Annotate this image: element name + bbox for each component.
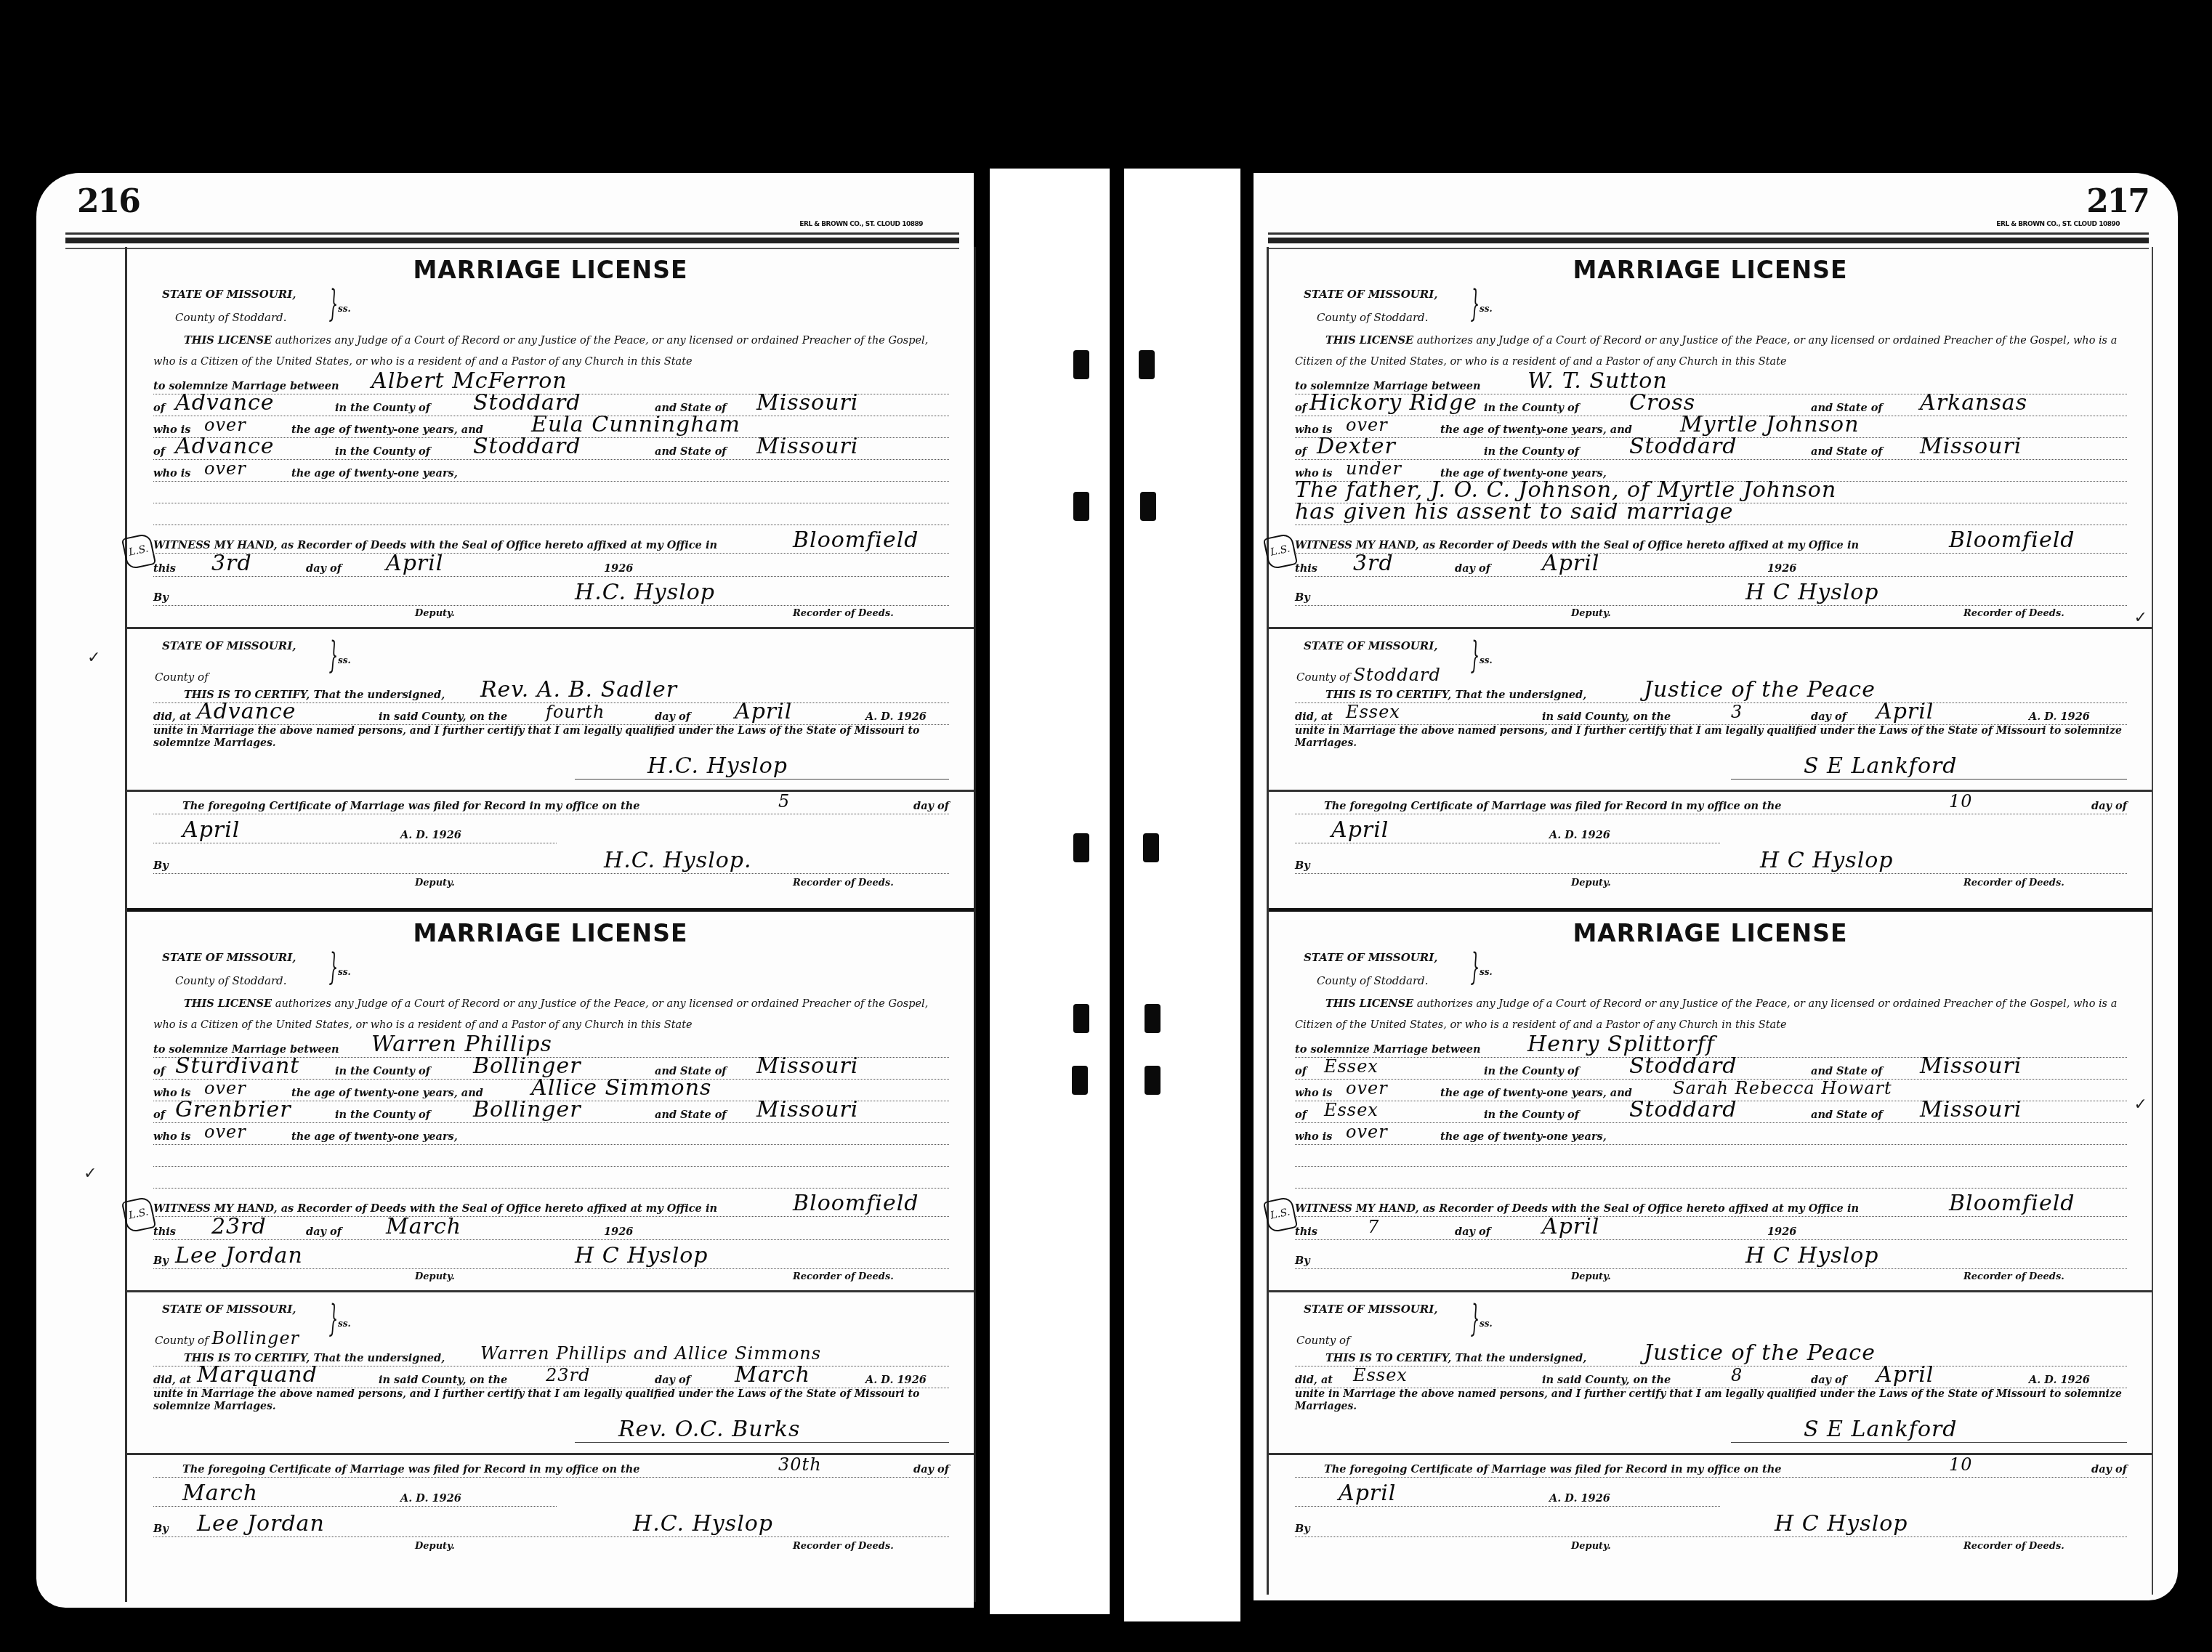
bride-age-line: who isoverthe age of twenty-one years, [1295, 1123, 2127, 1145]
ceremony-month: April [1876, 1363, 1934, 1388]
bride-county: Stoddard [473, 434, 581, 459]
margin-check-mark: ✓ [84, 1165, 97, 1183]
marriage-license: MARRIAGE LICENSE STATE OF MISSOURI, Coun… [127, 910, 974, 1564]
authorization-text: authorizes any Judge of a Court of Recor… [1295, 998, 2117, 1031]
seal-mark: L.S. [121, 1196, 156, 1233]
county-label: County of Stoddard. [1317, 311, 1428, 324]
filing-text: The foregoing Certificate of Marriage wa… [182, 1463, 639, 1475]
filing-signature-line: ByLee JordanH.C. Hyslop [153, 1515, 949, 1537]
witness-line: WITNESS MY HAND, as Recorder of Deeds wi… [1295, 531, 2127, 554]
this-label: this [153, 1226, 176, 1238]
witness-signature-line: ByH C Hyslop [1295, 583, 2127, 606]
bride-state: Missouri [1920, 434, 2022, 459]
license-title: MARRIAGE LICENSE [127, 919, 974, 948]
of-label: of [153, 402, 165, 414]
certificate-signature-line: H.C. Hyslop [575, 750, 949, 780]
by-label: By [153, 859, 169, 872]
ad-label: A. D. 1926 [1549, 1492, 1610, 1505]
bride-state: Missouri [756, 434, 858, 459]
groom-state: Missouri [1920, 1054, 2022, 1079]
ss-label: ss. [1480, 967, 1493, 977]
witness-line: WITNESS MY HAND, as Recorder of Deeds wi… [153, 1194, 949, 1217]
day-of-label: day of [1455, 562, 1490, 575]
witness-day: 7 [1368, 1215, 1379, 1239]
ad-text: A. D. [865, 1374, 893, 1386]
binding-strip-right [1124, 169, 1240, 1621]
ceremony-year: 1926 [897, 710, 927, 723]
form-frame: MARRIAGE LICENSE STATE OF MISSOURI, Coun… [1267, 247, 2153, 1595]
county-label: in the County of [1484, 1109, 1579, 1121]
recorder-label: Recorder of Deeds. [1963, 608, 2064, 619]
page-number: 217 [2086, 183, 2149, 220]
license-title: MARRIAGE LICENSE [127, 256, 974, 285]
witness-block: L.S. WITNESS MY HAND, as Recorder of Dee… [1295, 531, 2127, 618]
age-label: the age of twenty-one years, [1440, 1130, 1607, 1143]
authorization-paragraph: THIS LICENSE authorizes any Judge of a C… [1295, 993, 2127, 1036]
certificate-block: STATE OF MISSOURI, County of Bollinger }… [153, 1300, 949, 1443]
witness-month: April [1542, 1215, 1599, 1239]
filing-date-line: AprilA. D. 1926 [153, 821, 557, 843]
filing-line: The foregoing Certificate of Marriage wa… [1295, 1455, 2127, 1478]
recorder-label: Recorder of Deeds. [793, 878, 894, 888]
certificate-signature-line: Rev. O.C. Burks [575, 1413, 949, 1443]
ceremony-place: Marquand [197, 1363, 318, 1388]
ad-text: A. D. [865, 710, 893, 723]
did-at-label: did, at [153, 710, 191, 723]
deputy-label: Deputy. [1571, 878, 1611, 888]
county-label: in the County of [1484, 445, 1579, 458]
ad-text: A. D. [2029, 1374, 2056, 1386]
state-label: STATE OF MISSOURI, [1304, 288, 1438, 301]
witness-day: 23rd [211, 1215, 267, 1239]
by-label: By [153, 1255, 169, 1267]
who-is-label: who is [1295, 1130, 1332, 1143]
bride-age-line: who isoverthe age of twenty-one years, [153, 1123, 949, 1145]
filing-date-line: MarchA. D. 1926 [153, 1484, 557, 1507]
venue-block: STATE OF MISSOURI, County of Stoddard. }… [1304, 948, 2152, 993]
certificate-signature-line: S E Lankford [1731, 1413, 2127, 1443]
office-town: Bloomfield [793, 1191, 919, 1216]
deputy-label: Deputy. [415, 1541, 455, 1552]
groom-town: Advance [175, 391, 275, 416]
witness-date-line: this23rdday ofMarch1926 [153, 1218, 949, 1240]
witness-year: 1926 [1767, 562, 1796, 575]
certify-text: That the undersigned, [313, 1352, 445, 1364]
deputy-label: Deputy. [1571, 1271, 1611, 1282]
witness-month: April [386, 551, 443, 576]
by-label: By [1295, 1523, 1310, 1535]
said-county-label: in said County, on the [379, 710, 507, 723]
filing-block: The foregoing Certificate of Marriage wa… [1295, 792, 2127, 901]
filing-recorder: H C Hyslop [1760, 849, 1894, 873]
did-at-label: did, at [1295, 1374, 1333, 1386]
county-label: County of Stoddard. [1317, 974, 1428, 987]
ceremony-year: 1926 [897, 1374, 927, 1386]
ceremony-year: 1926 [2061, 1374, 2090, 1386]
binding-hole [1143, 833, 1159, 862]
state-label: STATE OF MISSOURI, [1304, 639, 1438, 652]
brace: } [329, 948, 339, 986]
filing-day: 10 [1949, 789, 1973, 814]
binding-hole [1073, 1004, 1089, 1033]
ad-label: A. D. 1926 [1549, 829, 1610, 841]
witness-signature-line: ByH C Hyslop [1295, 1247, 2127, 1269]
officiant-line: THIS IS TO CERTIFY, That the undersigned… [1295, 1345, 2127, 1366]
witness-block: L.S. WITNESS MY HAND, as Recorder of Dee… [153, 531, 949, 618]
filing-deputy: Lee Jordan [197, 1512, 325, 1536]
seal-mark: L.S. [121, 533, 156, 570]
filing-date-line: AprilA. D. 1926 [1295, 1484, 1720, 1507]
age-label: the age of twenty-one years, [291, 1130, 458, 1143]
ad-label: A. D. 1926 [2029, 1374, 2090, 1386]
ad-label: A. D. 1926 [400, 829, 461, 841]
county-label: in the County of [335, 1065, 430, 1077]
witness-text: WITNESS MY HAND, as Recorder of Deeds wi… [1295, 539, 1859, 551]
ad-text: A. D. [1549, 1492, 1577, 1505]
authorization-paragraph: THIS LICENSE authorizes any Judge of a C… [1295, 330, 2127, 373]
filing-text: The foregoing Certificate of Marriage wa… [1324, 1463, 1781, 1475]
ceremony-place: Advance [197, 700, 296, 724]
groom-town: Sturdivant [175, 1054, 299, 1079]
groom-county: Stoddard [1629, 1054, 1737, 1079]
certificate-body: unite in Marriage the above named person… [153, 1388, 949, 1413]
marriage-license: MARRIAGE LICENSE STATE OF MISSOURI, Coun… [127, 247, 974, 912]
form-frame: MARRIAGE LICENSE STATE OF MISSOURI, Coun… [125, 247, 976, 1602]
this-label: this [153, 562, 176, 575]
witness-text: WITNESS MY HAND, as Recorder of Deeds wi… [153, 539, 717, 551]
of-label: of [153, 445, 165, 458]
certify-text: That the undersigned, [1455, 689, 1586, 701]
said-county-label: in said County, on the [1542, 1374, 1671, 1386]
day-of-label: day of [655, 710, 690, 723]
who-is-label: who is [153, 1130, 190, 1143]
certificate-body: unite in Marriage the above named person… [1295, 725, 2127, 750]
filing-day: 10 [1949, 1452, 1973, 1477]
ss-label: ss. [1480, 655, 1493, 665]
certificate-block: STATE OF MISSOURI, County of Stoddard } … [1295, 636, 2127, 780]
printer-mark: ERL & BROWN CO., ST. CLOUD 10889 [799, 221, 923, 228]
ad-label: A. D. 1926 [865, 710, 927, 723]
venue-block: STATE OF MISSOURI, County of Stoddard. }… [162, 285, 974, 330]
day-of-label: day of [1811, 710, 1846, 723]
bride-age: over [204, 1119, 246, 1144]
bride-age-line: who isoverthe age of twenty-one years, [153, 460, 949, 482]
ceremony-line: did, atEssexin said County, on the3day o… [1295, 703, 2127, 725]
witness-date-line: this3rdday ofApril1926 [153, 554, 949, 577]
bride-town: Essex [1324, 1098, 1379, 1122]
county-label: County of Stoddard. [175, 311, 286, 324]
venue-block: STATE OF MISSOURI, County of Stoddard } … [1304, 636, 2127, 681]
ceremony-day: 23rd [546, 1363, 590, 1388]
ad-label: A. D. 1926 [400, 1492, 461, 1505]
binding-hole [1072, 1066, 1088, 1095]
brace: } [1471, 1300, 1480, 1337]
bride-town: Grenbrier [175, 1098, 291, 1122]
filing-year: 1926 [432, 1492, 461, 1505]
filing-block: The foregoing Certificate of Marriage wa… [153, 1455, 949, 1564]
filing-line: The foregoing Certificate of Marriage wa… [153, 792, 949, 814]
certificate-block: STATE OF MISSOURI, County of } ss. THIS … [153, 636, 949, 780]
ad-text: A. D. [400, 1492, 428, 1505]
deputy-label: Deputy. [415, 1271, 455, 1282]
ceremony-day: 3 [1731, 700, 1743, 724]
ad-label: A. D. 1926 [865, 1374, 927, 1386]
groom-age: over [1346, 1076, 1388, 1101]
bride-county: Stoddard [1629, 1098, 1737, 1122]
authorization-lead: THIS LICENSE [184, 334, 272, 347]
brace: } [1471, 636, 1480, 674]
venue-block: STATE OF MISSOURI, County of } ss. [162, 636, 949, 681]
authorization-text: authorizes any Judge of a Court of Recor… [1295, 335, 2117, 368]
filing-line: The foregoing Certificate of Marriage wa… [153, 1455, 949, 1478]
ceremony-place: Essex [1353, 1363, 1408, 1388]
authorization-lead: THIS LICENSE [184, 997, 272, 1010]
authorization-lead: THIS LICENSE [1325, 997, 1413, 1010]
of-label: of [1295, 402, 1307, 414]
certificate-signature-line: S E Lankford [1731, 750, 2127, 780]
ceremony-line: did, atAdvancein said County, on thefour… [153, 703, 949, 725]
certificate-body: unite in Marriage the above named person… [153, 725, 949, 750]
venue-block: STATE OF MISSOURI, County of } ss. [1304, 1300, 2127, 1345]
recorder-label: Recorder of Deeds. [1963, 1541, 2064, 1552]
bride-state: Missouri [756, 1098, 858, 1122]
filing-block: The foregoing Certificate of Marriage wa… [1295, 1455, 2127, 1564]
filing-year: 1926 [432, 829, 461, 841]
by-label: By [1295, 591, 1310, 604]
ss-label: ss. [338, 304, 351, 314]
ceremony-month: April [1876, 700, 1934, 724]
authorization-paragraph: THIS LICENSE authorizes any Judge of a C… [153, 993, 949, 1036]
recorder-signature: H C Hyslop [1745, 580, 1879, 605]
state-label: STATE OF MISSOURI, [1304, 951, 1438, 964]
ceremony-month: April [735, 700, 792, 724]
groom-town: Essex [1324, 1054, 1379, 1079]
ceremony-place: Essex [1346, 700, 1400, 724]
ceremony-line: did, atEssexin said County, on the8day o… [1295, 1366, 2127, 1388]
ceremony-day: 8 [1731, 1363, 1743, 1388]
said-county-label: in said County, on the [379, 1374, 507, 1386]
recorder-label: Recorder of Deeds. [1963, 1271, 2064, 1282]
witness-text: WITNESS MY HAND, as Recorder of Deeds wi… [1295, 1202, 1859, 1215]
filing-recorder: H C Hyslop [1775, 1512, 1908, 1536]
consent-line [153, 1167, 949, 1189]
witness-date-line: this7day ofApril1926 [1295, 1218, 2127, 1240]
witness-line: WITNESS MY HAND, as Recorder of Deeds wi… [1295, 1194, 2127, 1217]
venue-block: STATE OF MISSOURI, County of Bollinger }… [162, 1300, 949, 1345]
filing-signature-line: ByH C Hyslop [1295, 1515, 2127, 1537]
binding-hole [1073, 350, 1089, 379]
deputy-label: Deputy. [1571, 1541, 1611, 1552]
day-of-label: day of [1811, 1374, 1846, 1386]
bride-residence-line: ofAdvancein the County ofStoddardand Sta… [153, 438, 949, 460]
certificate-block: STATE OF MISSOURI, County of } ss. THIS … [1295, 1300, 2127, 1443]
binding-strip-left [990, 169, 1110, 1614]
filing-signature-line: ByH C Hyslop [1295, 851, 2127, 874]
bride-age: over [1346, 1119, 1388, 1144]
filing-year: 1926 [1581, 829, 1610, 841]
deputy-label: Deputy. [415, 878, 455, 888]
officiant: Rev. A. B. Sadler [480, 678, 677, 702]
filing-text: The foregoing Certificate of Marriage wa… [182, 800, 639, 812]
authorization-paragraph: THIS LICENSE authorizes any Judge of a C… [153, 330, 949, 373]
office-town: Bloomfield [1949, 528, 2075, 553]
deputy-label: Deputy. [415, 608, 455, 619]
state-label: and State of [655, 445, 727, 458]
binding-hole [1139, 350, 1155, 379]
age-label: the age of twenty-one years, and [291, 424, 483, 436]
binding-hole [1145, 1066, 1161, 1095]
ledger-page-left: 216 ERL & BROWN CO., ST. CLOUD 10889 ✓ ✓… [36, 173, 974, 1608]
this-label: this [1295, 562, 1317, 575]
filing-text: The foregoing Certificate of Marriage wa… [1324, 800, 1781, 812]
recorder-signature: H.C. Hyslop [575, 580, 715, 605]
binding-shadow [974, 163, 988, 1652]
license-title: MARRIAGE LICENSE [1269, 919, 2152, 948]
consent-line [153, 503, 949, 525]
certify-text: That the undersigned, [1455, 1352, 1586, 1364]
of-label: of [1295, 1109, 1307, 1121]
consent-line [1295, 1145, 2127, 1167]
state-label: and State of [1811, 445, 1883, 458]
ceremony-day: fourth [546, 700, 605, 724]
recorder-signature: H C Hyslop [575, 1244, 709, 1268]
ss-label: ss. [338, 967, 351, 977]
between-label: to solemnize Marriage between [1295, 1043, 1480, 1056]
recorder-label: Recorder of Deeds. [793, 608, 894, 619]
marriage-license: MARRIAGE LICENSE STATE OF MISSOURI, Coun… [1269, 247, 2152, 912]
deputy-signature: Lee Jordan [175, 1244, 303, 1268]
county-label: in the County of [1484, 1065, 1579, 1077]
certificate-signature: H.C. Hyslop [647, 754, 788, 779]
filing-date-line: AprilA. D. 1926 [1295, 821, 1720, 843]
license-title: MARRIAGE LICENSE [1269, 256, 2152, 285]
day-of-label: day of [306, 1226, 342, 1238]
recorder-label: Recorder of Deeds. [793, 1541, 894, 1552]
printer-mark: ERL & BROWN CO., ST. CLOUD 10890 [1996, 221, 2120, 228]
age-label: the age of twenty-one years, and [1440, 1087, 1632, 1099]
of-label: of [153, 1109, 165, 1121]
state-label: and State of [1811, 1109, 1883, 1121]
witness-day: 3rd [1353, 551, 1394, 576]
margin-check-mark: ✓ [87, 649, 100, 667]
bride-state: Missouri [1920, 1098, 2022, 1122]
officiant-line: THIS IS TO CERTIFY, That the undersigned… [1295, 681, 2127, 703]
section-divider [1269, 627, 2152, 629]
binding-hole [1073, 833, 1089, 862]
certificate-signature: Rev. O.C. Burks [618, 1417, 800, 1442]
witness-date-line: this3rdday ofApril1926 [1295, 554, 2127, 577]
ss-label: ss. [1480, 1319, 1493, 1329]
witness-block: L.S. WITNESS MY HAND, as Recorder of Dee… [153, 1194, 949, 1281]
filing-line: The foregoing Certificate of Marriage wa… [1295, 792, 2127, 814]
brace: } [1471, 948, 1480, 986]
page-number: 216 [77, 183, 140, 220]
bride-town: Advance [175, 434, 275, 459]
county-label: in the County of [335, 402, 430, 414]
section-divider [1269, 1290, 2152, 1292]
recorder-label: Recorder of Deeds. [793, 1271, 894, 1282]
certificate-signature: S E Lankford [1804, 1417, 1958, 1442]
of-label: of [153, 1065, 165, 1077]
state-label: and State of [655, 1109, 727, 1121]
this-label: this [1295, 1226, 1317, 1238]
filing-recorder: H.C. Hyslop [633, 1512, 773, 1536]
ss-label: ss. [338, 1319, 351, 1329]
groom-state: Arkansas [1920, 391, 2027, 416]
state-label: STATE OF MISSOURI, [162, 288, 296, 301]
consent-line: has given his assent to said marriage [1295, 503, 2127, 525]
officiant: Justice of the Peace [1644, 678, 1876, 702]
venue-block: STATE OF MISSOURI, County of Stoddard. }… [162, 948, 974, 993]
day-of-label: day of [913, 1463, 949, 1475]
recorder-label: Recorder of Deeds. [1963, 878, 2064, 888]
ad-label: A. D. 1926 [2029, 710, 2090, 723]
ceremony-line: did, atMarquandin said County, on the23r… [153, 1366, 949, 1388]
binding-hole [1073, 492, 1089, 521]
bride-residence-line: ofEssexin the County ofStoddardand State… [1295, 1101, 2127, 1123]
of-label: of [1295, 445, 1307, 458]
venue-block: STATE OF MISSOURI, County of Stoddard. }… [1304, 285, 2152, 330]
county-label: in the County of [335, 1109, 430, 1121]
witness-month: March [386, 1215, 461, 1239]
certificate-body: unite in Marriage the above named person… [1295, 1388, 2127, 1413]
ss-label: ss. [338, 655, 351, 665]
bride-age: over [204, 456, 246, 481]
groom-state: Missouri [756, 1054, 858, 1079]
county-label: County of Stoddard. [175, 974, 286, 987]
filing-recorder: H.C. Hyslop. [604, 849, 752, 873]
day-of-label: day of [655, 1374, 690, 1386]
of-label: of [1295, 1065, 1307, 1077]
filing-year: 1926 [1581, 1492, 1610, 1505]
ceremony-month: March [735, 1363, 810, 1388]
bride-residence-line: ofDexterin the County ofStoddardand Stat… [1295, 438, 2127, 460]
witness-year: 1926 [1767, 1226, 1796, 1238]
binding-hole [1145, 1004, 1161, 1033]
office-town: Bloomfield [1949, 1191, 2075, 1216]
consent-note: has given his assent to said marriage [1295, 500, 1733, 525]
said-county-label: in said County, on the [1542, 710, 1671, 723]
day-of-label: day of [2091, 1463, 2127, 1475]
ceremony-year: 1926 [2061, 710, 2090, 723]
filing-month: March [182, 1481, 258, 1506]
seal-mark: L.S. [1263, 1196, 1298, 1233]
brace: } [329, 1300, 339, 1337]
filing-signature-line: ByH.C. Hyslop. [153, 851, 949, 874]
consent-line [153, 482, 949, 503]
day-of-label: day of [1455, 1226, 1490, 1238]
witness-year: 1926 [604, 1226, 633, 1238]
day-of-label: day of [306, 562, 342, 575]
groom-town: Hickory Ridge [1309, 391, 1477, 416]
witness-day: 3rd [211, 551, 252, 576]
by-label: By [153, 1523, 169, 1535]
brace: } [1471, 285, 1480, 323]
witness-line: WITNESS MY HAND, as Recorder of Deeds wi… [153, 531, 949, 554]
seal-mark: L.S. [1263, 533, 1298, 570]
state-label: STATE OF MISSOURI, [162, 951, 296, 964]
bride-town: Dexter [1317, 434, 1396, 459]
authorization-lead: THIS LICENSE [1325, 334, 1413, 347]
state-label: STATE OF MISSOURI, [162, 639, 296, 652]
certificate-signature: S E Lankford [1804, 754, 1958, 779]
age-label: the age of twenty-one years, and [291, 1087, 483, 1099]
filing-day: 30th [778, 1452, 822, 1477]
filing-month: April [1331, 818, 1389, 843]
bride-county: Stoddard [1629, 434, 1737, 459]
witness-text: WITNESS MY HAND, as Recorder of Deeds wi… [153, 1202, 717, 1215]
ad-text: A. D. [1549, 829, 1577, 841]
